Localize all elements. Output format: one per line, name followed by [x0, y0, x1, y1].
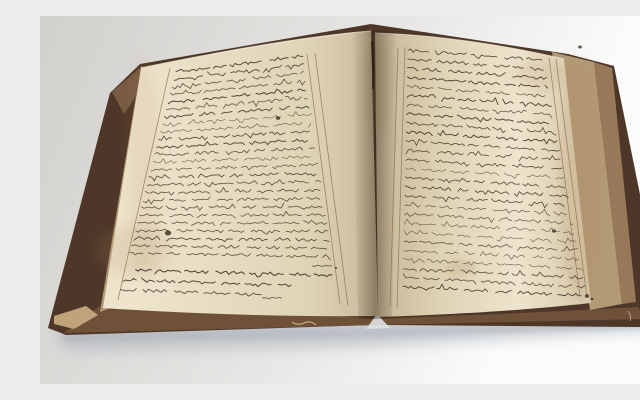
ink-blot	[165, 230, 171, 235]
ink-blot	[276, 116, 280, 120]
stain	[510, 58, 570, 90]
gutter-crack	[372, 42, 373, 88]
stain	[558, 61, 602, 301]
ink-blot	[578, 46, 582, 49]
stain	[444, 259, 476, 277]
ink-blot	[335, 267, 337, 269]
ink-blot	[585, 294, 589, 298]
manuscript-photo	[40, 16, 640, 384]
stain	[127, 56, 159, 276]
ink-blot	[552, 229, 556, 232]
photograph	[40, 16, 640, 384]
ink-blot	[591, 298, 594, 300]
